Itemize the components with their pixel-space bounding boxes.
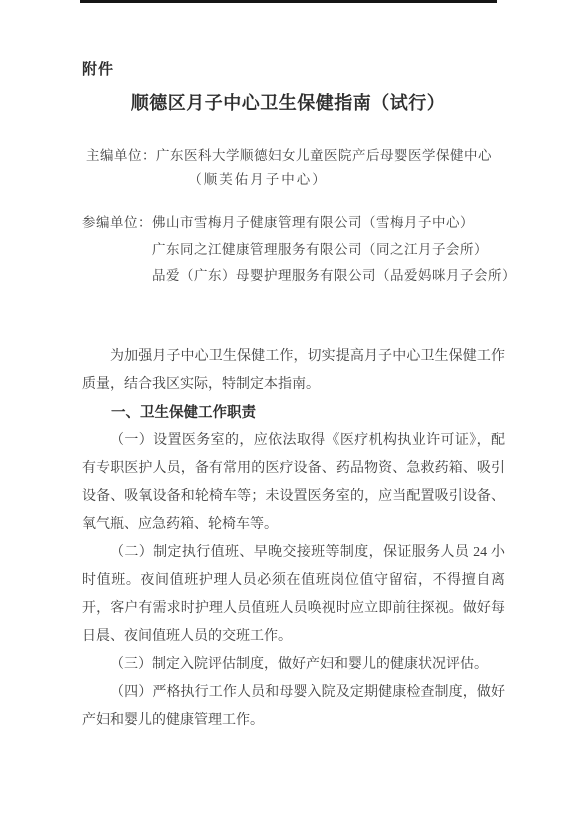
participants-label: 参编单位： <box>82 210 152 237</box>
body-paragraph: （三）制定入院评估制度，做好产妇和婴儿的健康状况评估。 <box>82 651 505 679</box>
document-title: 顺德区月子中心卫生保健指南（试行） <box>40 90 536 116</box>
body-paragraph: （二）制定执行值班、早晚交接班等制度，保证服务人员 24 小时值班。夜间值班护理… <box>82 539 505 651</box>
participant-unit: 广东同之江健康管理服务有限公司（同之江月子会所） <box>152 237 516 264</box>
section-heading: 一、卫生保健工作职责 <box>82 399 505 427</box>
intro-paragraph: 为加强月子中心卫生保健工作，切实提高月子中心卫生保健工作质量，结合我区实际，特制… <box>82 343 505 399</box>
document-body: 为加强月子中心卫生保健工作，切实提高月子中心卫生保健工作质量，结合我区实际，特制… <box>82 343 505 735</box>
chief-editor-line: 主编单位：广东医科大学顺德妇女儿童医院产后母婴医学保健中心 <box>86 146 576 166</box>
body-paragraph: （四）严格执行工作人员和母婴入院及定期健康检查制度，做好产妇和婴儿的健康管理工作… <box>82 679 505 735</box>
participants-unit-list: 佛山市雪梅月子健康管理有限公司（雪梅月子中心） 广东同之江健康管理服务有限公司（… <box>152 210 516 290</box>
body-paragraph: （一）设置医务室的，应依法取得《医疗机构执业许可证》，配有专职医护人员，备有常用… <box>82 427 505 539</box>
participants-block: 参编单位： 佛山市雪梅月子健康管理有限公司（雪梅月子中心） 广东同之江健康管理服… <box>82 210 576 290</box>
top-rule-divider <box>80 0 497 3</box>
document-page: 附件 顺德区月子中心卫生保健指南（试行） 主编单位：广东医科大学顺德妇女儿童医院… <box>0 0 576 819</box>
participant-unit: 品爱（广东）母婴护理服务有限公司（品爱妈咪月子会所） <box>152 263 516 290</box>
participant-unit: 佛山市雪梅月子健康管理有限公司（雪梅月子中心） <box>152 210 516 237</box>
chief-editor-name: 广东医科大学顺德妇女儿童医院产后母婴医学保健中心 <box>156 148 492 163</box>
attachment-label: 附件 <box>82 60 576 80</box>
chief-editor-label: 主编单位： <box>86 148 156 163</box>
chief-editor-subname: （顺芙佑月子中心） <box>0 170 516 190</box>
